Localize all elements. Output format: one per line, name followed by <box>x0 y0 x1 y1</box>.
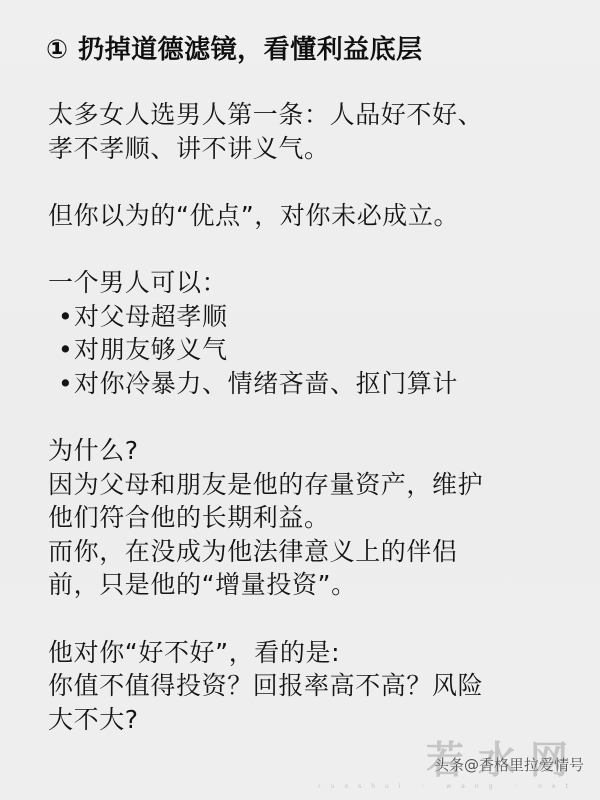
paragraph-line: 但你以为的“优点”，对你未必成立。 <box>48 199 578 233</box>
paragraph-line: 他对你“好不好”，看的是: <box>48 636 578 670</box>
paragraph-line: 因为父母和朋友是他的存量资产，维护 <box>48 468 578 502</box>
list-item-text: 对父母超孝顺 <box>74 302 228 331</box>
watermark-subtext: ruoshui · wang · net <box>318 783 578 790</box>
paragraph-gap <box>48 400 578 434</box>
list-item: •对父母超孝顺 <box>48 300 578 334</box>
paragraph-gap <box>48 165 578 199</box>
watermark: 若水网 ruoshui · wang · net 头条@香格里拉爱情号 <box>417 740 592 786</box>
paragraph-line: 前，只是他的“增量投资”。 <box>48 568 578 602</box>
paragraph-line: 太多女人选男人第一条：人品好不好、 <box>48 98 578 132</box>
list-item: •对你冷暴力、情绪吝啬、抠门算计 <box>48 367 578 401</box>
article-body: 太多女人选男人第一条：人品好不好、 孝不孝顺、讲不讲义气。 但你以为的“优点”，… <box>48 98 578 736</box>
paragraph-line: 而你，在没成为他法律意义上的伴侣 <box>48 535 578 569</box>
paragraph-gap <box>48 232 578 266</box>
bullet-icon: • <box>58 300 74 334</box>
paragraph-line: 大不大? <box>48 703 578 737</box>
paragraph-line: 孝不孝顺、讲不讲义气。 <box>48 132 578 166</box>
list-item-text: 对朋友够义气 <box>74 335 228 364</box>
list-intro: 一个男人可以： <box>48 266 578 300</box>
bullet-icon: • <box>58 367 74 401</box>
bullet-icon: • <box>58 333 74 367</box>
paragraph-line: 他们符合他的长期利益。 <box>48 501 578 535</box>
paragraph-line: 你值不值得投资？回报率高不高？风险 <box>48 669 578 703</box>
paragraph-gap <box>48 602 578 636</box>
paragraph-line: 为什么? <box>48 434 578 468</box>
list-item: •对朋友够义气 <box>48 333 578 367</box>
article-page: ① 扔掉道德滤镜，看懂利益底层 太多女人选男人第一条：人品好不好、 孝不孝顺、讲… <box>0 0 600 800</box>
list-item-text: 对你冷暴力、情绪吝啬、抠门算计 <box>74 369 458 398</box>
watermark-caption: 头条@香格里拉爱情号 <box>434 754 584 775</box>
section-title: ① 扔掉道德滤镜，看懂利益底层 <box>46 33 423 67</box>
